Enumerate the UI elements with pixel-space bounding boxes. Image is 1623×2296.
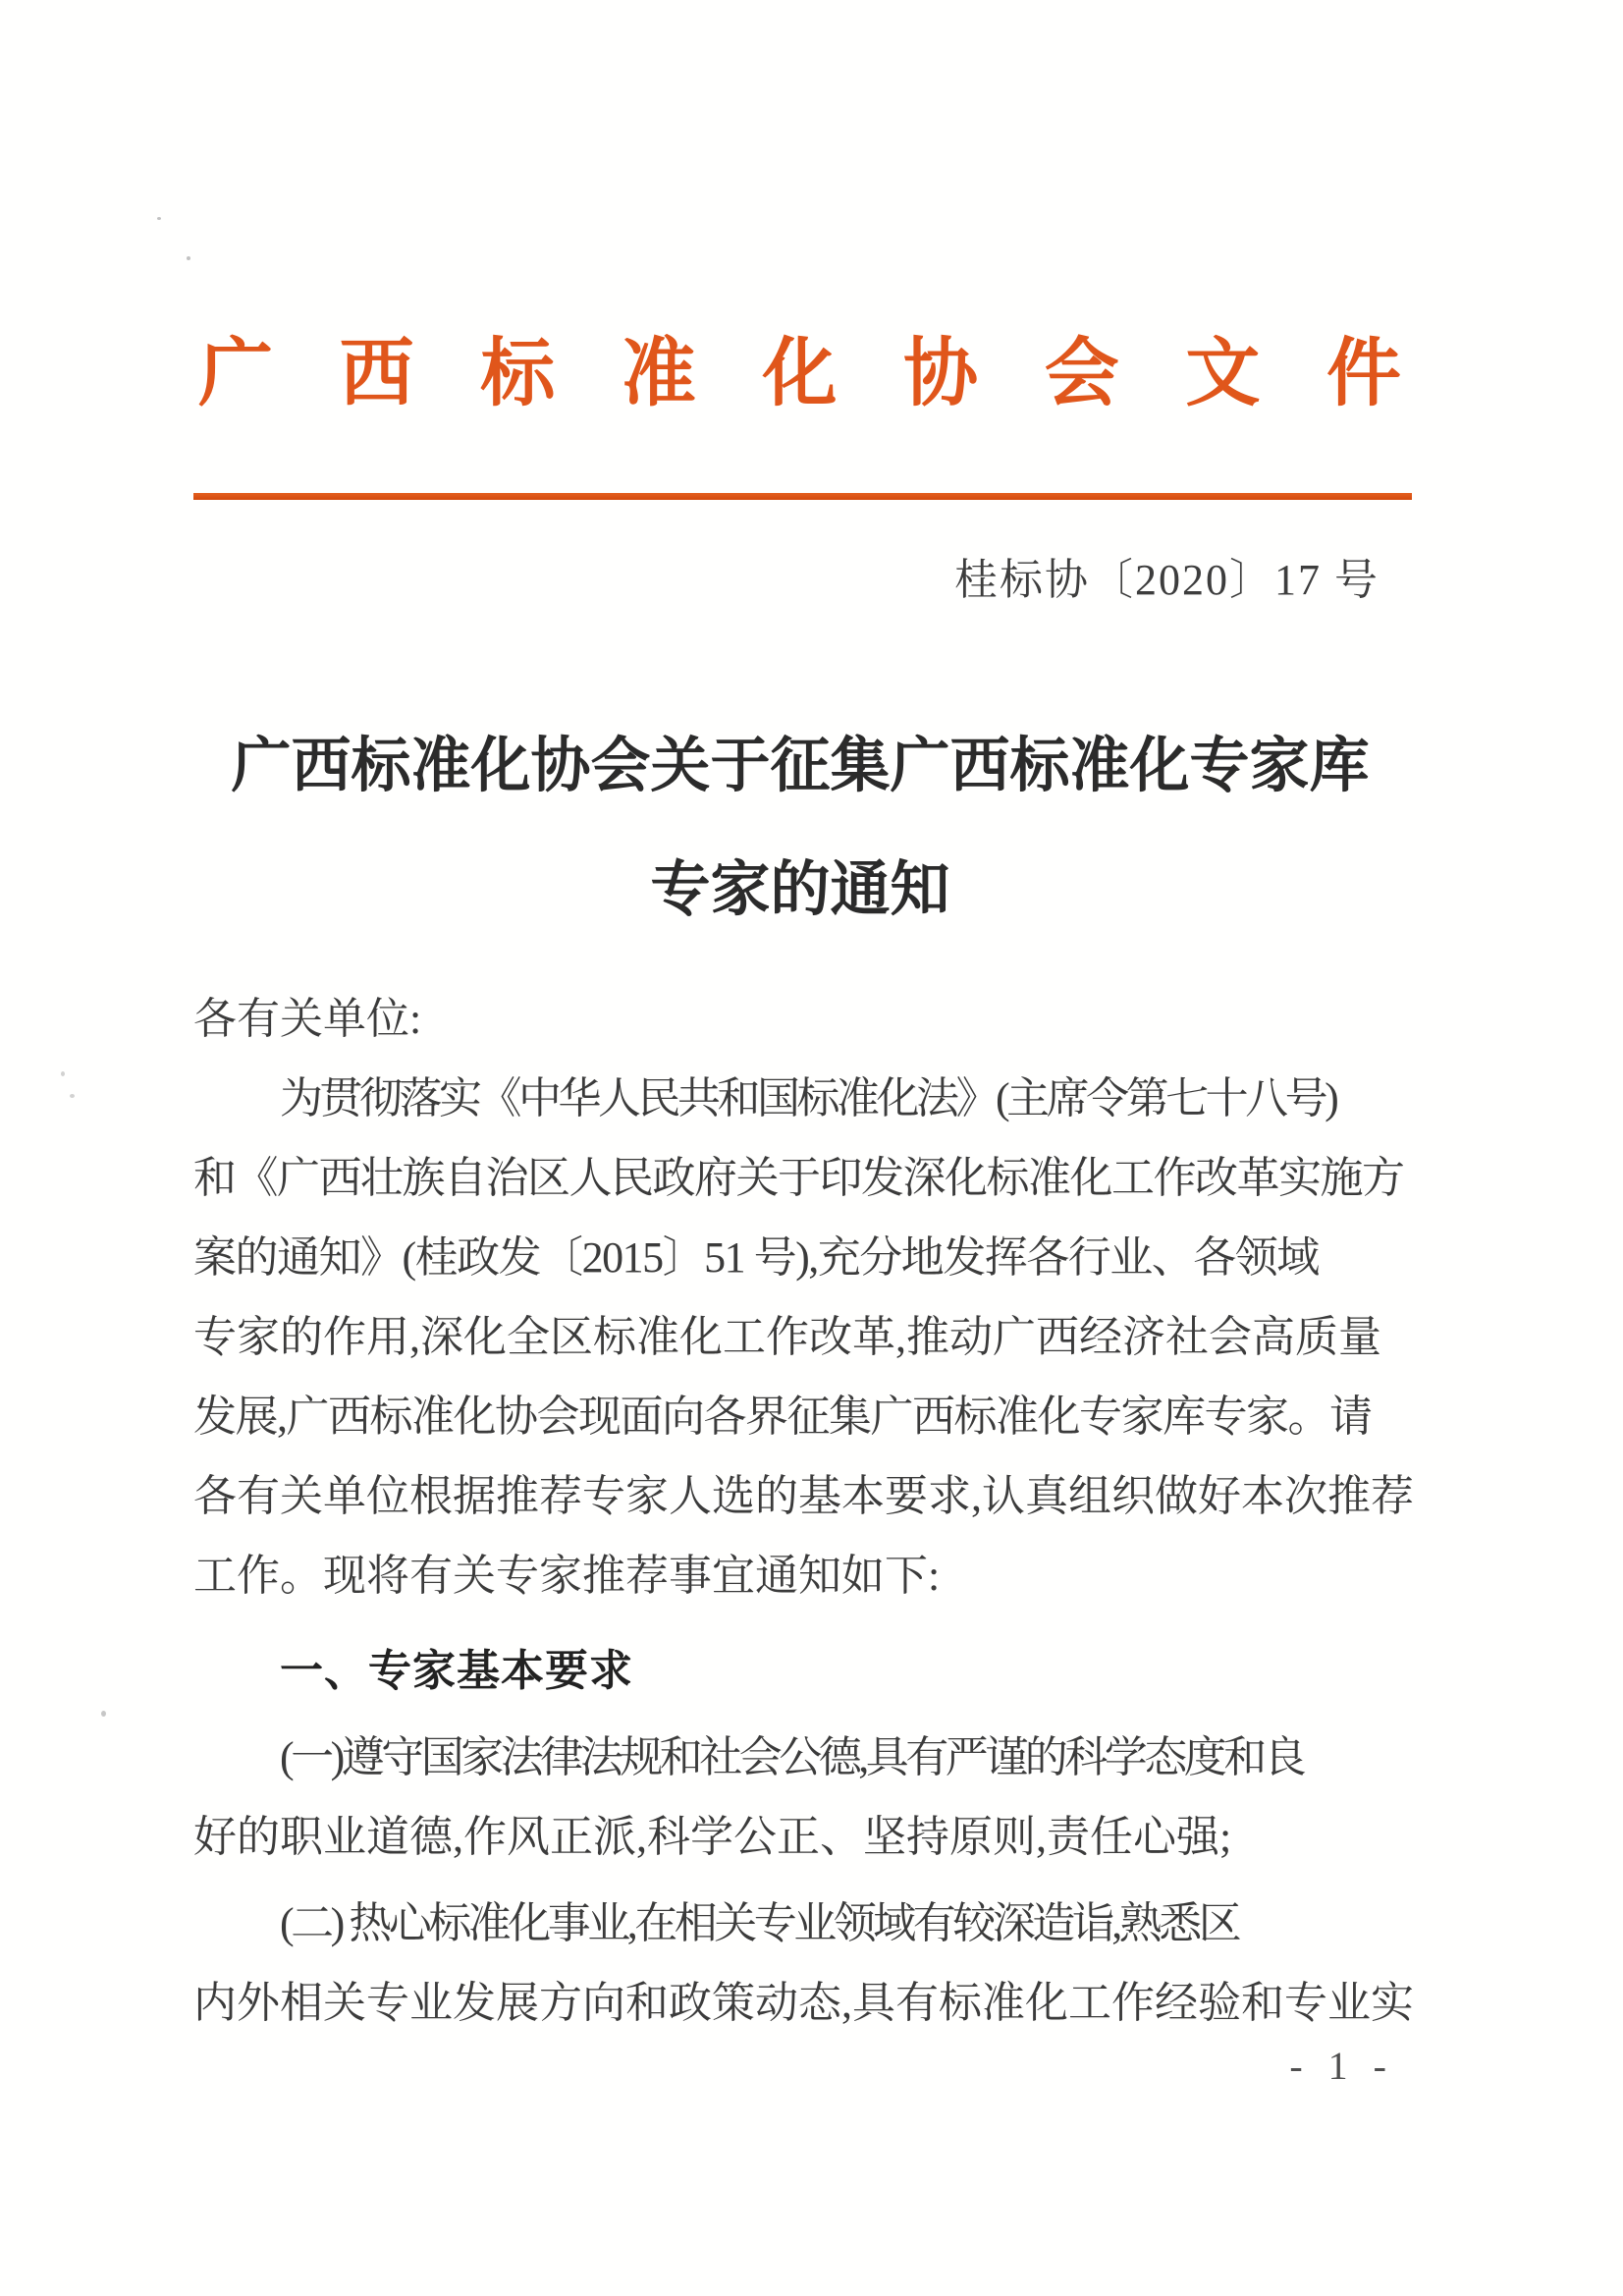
document-title-line2: 专家的通知	[193, 829, 1407, 953]
scan-speck	[187, 256, 190, 260]
body-line: 好的职业道德,作风正派,科学公正、坚持原则,责任心强;	[193, 1797, 1409, 1877]
body-line: (一)遵守国家法律法规和社会公德,具有严谨的科学态度和良	[193, 1718, 1409, 1797]
letterhead-title: 广西标准化协会文件	[198, 330, 1401, 418]
body-line: 案的通知》(桂政发〔2015〕51 号),充分地发挥各行业、各领域	[193, 1218, 1409, 1297]
document-page: 广西标准化协会文件 桂标协〔2020〕17 号 广西标准化协会关于征集广西标准化…	[0, 0, 1623, 2296]
scan-speck	[157, 217, 161, 220]
body-line: 和《广西壮族自治区人民政府关于印发深化标准化工作改革实施方	[193, 1138, 1409, 1218]
body-line: 工作。现将有关专家推荐事宜通知如下:	[193, 1536, 1409, 1615]
document-body: 各有关单位: 为贯彻落实《中华人民共和国标准化法》(主席令第七十八号) 和《广西…	[193, 979, 1409, 2043]
scan-speck	[70, 1094, 75, 1098]
body-line: 为贯彻落实《中华人民共和国标准化法》(主席令第七十八号)	[193, 1059, 1409, 1138]
document-title: 广西标准化协会关于征集广西标准化专家库 专家的通知	[193, 705, 1407, 953]
page-number: - 1 -	[1289, 2045, 1394, 2088]
document-number: 桂标协〔2020〕17 号	[954, 556, 1380, 605]
salutation: 各有关单位:	[193, 979, 1409, 1059]
body-line: 专家的作用,深化全区标准化工作改革,推动广西经济社会高质量	[193, 1297, 1409, 1377]
body-line: 内外相关专业发展方向和政策动态,具有标准化工作经验和专业实	[193, 1963, 1409, 2043]
scan-speck	[101, 1711, 106, 1717]
document-title-line1: 广西标准化协会关于征集广西标准化专家库	[193, 705, 1407, 829]
letterhead-divider	[193, 493, 1412, 500]
body-line: 各有关单位根据推荐专家人选的基本要求,认真组织做好本次推荐	[193, 1456, 1409, 1536]
body-line: 发展,广西标准化协会现面向各界征集广西标准化专家库专家。请	[193, 1377, 1409, 1456]
scan-speck	[61, 1071, 65, 1076]
section-heading-requirements: 一、专家基本要求	[193, 1631, 1409, 1711]
body-line: (二) 热心标准化事业,在相关专业领域有较深造诣,熟悉区	[193, 1884, 1409, 1963]
